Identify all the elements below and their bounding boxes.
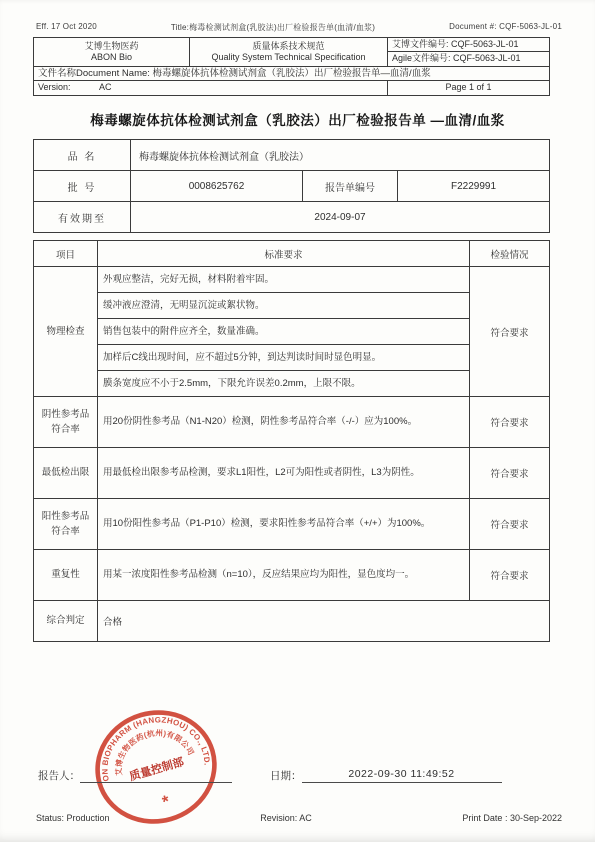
requirement-cell: 缓冲液应澄清，无明显沉淀或絮状物。 xyxy=(98,293,470,319)
report-no-value: F2229991 xyxy=(398,171,550,202)
expiry-row: 有效期至 2024-09-07 xyxy=(34,202,550,233)
info-table: 品 名 梅毒螺旋体抗体检测试剂盒（乳胶法） 批 号 0008625762 报告单… xyxy=(33,139,550,233)
footer-revision: Revision: AC xyxy=(260,813,312,823)
signature-row: 报告人：日期：2022-09-30 11:49:52 xyxy=(38,768,558,783)
document-number: Document #: CQF-5063-JL-01 xyxy=(449,22,562,33)
verdict-value: 合格 xyxy=(98,601,550,642)
lot-label: 批 号 xyxy=(34,171,131,202)
header-row-version: Version: AC Page 1 of 1 xyxy=(34,81,550,95)
physical-label: 物理检查 xyxy=(34,267,98,397)
company-cell: 艾博生物医药 ABON Bio xyxy=(34,38,190,67)
agile-file-number: Agile文件编号: CQF-5063-JL-01 xyxy=(388,52,550,66)
section-label: 最低检出限 xyxy=(34,448,98,499)
negative-reference-row: 阴性参考品符合率 用20份阴性参考品（N1-N20）检测，阴性参考品符合率（-/… xyxy=(34,397,550,448)
version-cell: Version: AC xyxy=(34,81,388,95)
header-table: 艾博生物医药 ABON Bio 质量体系技术规范 Quality System … xyxy=(33,37,550,96)
spec-title-en: Quality System Technical Specification xyxy=(194,52,383,63)
col-header-item: 项目 xyxy=(34,241,98,267)
spec-header-row: 项目 标准要求 检验情况 xyxy=(34,241,550,267)
effective-date: Eff. 17 Oct 2020 xyxy=(36,22,97,33)
version-label: Version: xyxy=(38,82,71,92)
page-number: Page 1 of 1 xyxy=(388,81,550,95)
requirement-cell: 外观应整洁，完好无损，材料附着牢固。 xyxy=(98,267,470,293)
spec-title-cn: 质量体系技术规范 xyxy=(194,41,383,52)
expiry-label: 有效期至 xyxy=(34,202,131,233)
requirement-cell: 用某一浓度阳性参考品检测（n=10），反应结果应均为阳性，显色度均一。 xyxy=(98,550,470,601)
scanned-report-page: Eff. 17 Oct 2020 Title:梅毒检测试剂盒(乳胶法)出厂检验报… xyxy=(0,0,595,842)
product-row: 品 名 梅毒螺旋体抗体检测试剂盒（乳胶法） xyxy=(34,140,550,171)
requirement-cell: 用10份阳性参考品（P1-P10）检测，要求阳性参考品符合率（+/+）为100%… xyxy=(98,499,470,550)
version-value: AC xyxy=(99,82,112,92)
result-cell: 符合要求 xyxy=(470,499,550,550)
abon-file-number: 艾博文件编号: CQF-5063-JL-01 xyxy=(388,38,550,52)
verdict-row: 综合判定 合格 xyxy=(34,601,550,642)
verdict-label: 综合判定 xyxy=(34,601,98,642)
result-cell: 符合要求 xyxy=(470,448,550,499)
top-meta-line: Eff. 17 Oct 2020 Title:梅毒检测试剂盒(乳胶法)出厂检验报… xyxy=(36,22,562,33)
page-title: 梅毒螺旋体抗体检测试剂盒（乳胶法）出厂检验报告单 —血清/血浆 xyxy=(0,109,595,129)
col-header-requirement: 标准要求 xyxy=(98,241,470,267)
header-row-docname: 文件名称Document Name: 梅毒螺旋体抗体检测试剂盒（乳胶法）出厂检验… xyxy=(34,66,550,81)
lod-row: 最低检出限 用最低检出限参考品检测，要求L1阳性，L2可为阳性或者阴性，L3为阴… xyxy=(34,448,550,499)
footer-status: Status: Production xyxy=(36,813,110,823)
requirement-cell: 加样后C线出现时间，应不超过5分钟，到达判读时间时显色明显。 xyxy=(98,345,470,371)
company-name-en: ABON Bio xyxy=(38,52,185,63)
section-label: 阳性参考品符合率 xyxy=(34,499,98,550)
lot-value: 0008625762 xyxy=(131,171,303,202)
physical-row-1: 物理检查 外观应整洁，完好无损，材料附着牢固。 符合要求 xyxy=(34,267,550,293)
section-label: 重复性 xyxy=(34,550,98,601)
repeatability-row: 重复性 用某一浓度阳性参考品检测（n=10），反应结果应均为阳性，显色度均一。 … xyxy=(34,550,550,601)
report-no-label: 报告单编号 xyxy=(303,171,398,202)
stamp-star: * xyxy=(160,791,172,812)
date-label: 日期： xyxy=(270,770,302,782)
footer: Status: Production Revision: AC Print Da… xyxy=(36,813,562,823)
section-label: 阴性参考品符合率 xyxy=(34,397,98,448)
reporter-signature-line xyxy=(80,768,232,783)
positive-reference-row: 阳性参考品符合率 用10份阳性参考品（P1-P10）检测，要求阳性参考品符合率（… xyxy=(34,499,550,550)
result-cell: 符合要求 xyxy=(470,397,550,448)
reporter-label: 报告人： xyxy=(38,770,80,782)
requirement-cell: 销售包装中的附件应齐全，数量准确。 xyxy=(98,319,470,345)
header-row-1: 艾博生物医药 ABON Bio 质量体系技术规范 Quality System … xyxy=(34,38,550,52)
product-label: 品 名 xyxy=(34,140,131,171)
spec-title-cell: 质量体系技术规范 Quality System Technical Specif… xyxy=(190,38,388,67)
expiry-value: 2024-09-07 xyxy=(131,202,550,233)
company-name-cn: 艾博生物医药 xyxy=(38,41,185,52)
meta-title: Title:梅毒检测试剂盒(乳胶法)出厂检验报告单(血清/血浆) xyxy=(171,22,375,33)
report-date-value: 2022-09-30 11:49:52 xyxy=(302,768,502,783)
lot-row: 批 号 0008625762 报告单编号 F2229991 xyxy=(34,171,550,202)
result-cell: 符合要求 xyxy=(470,550,550,601)
footer-print-date: Print Date : 30-Sep-2022 xyxy=(462,813,562,823)
physical-result: 符合要求 xyxy=(470,267,550,397)
requirement-cell: 用20份阴性参考品（N1-N20）检测，阴性参考品符合率（-/-）应为100%。 xyxy=(98,397,470,448)
requirement-cell: 用最低检出限参考品检测，要求L1阳性，L2可为阳性或者阴性，L3为阴性。 xyxy=(98,448,470,499)
col-header-result: 检验情况 xyxy=(470,241,550,267)
product-value: 梅毒螺旋体抗体检测试剂盒（乳胶法） xyxy=(131,140,550,171)
document-name: 文件名称Document Name: 梅毒螺旋体抗体检测试剂盒（乳胶法）出厂检验… xyxy=(34,66,550,81)
spec-table: 项目 标准要求 检验情况 物理检查 外观应整洁，完好无损，材料附着牢固。 符合要… xyxy=(33,240,550,642)
requirement-cell: 膜条宽度应不小于2.5mm，下限允许误差0.2mm，上限不限。 xyxy=(98,371,470,397)
